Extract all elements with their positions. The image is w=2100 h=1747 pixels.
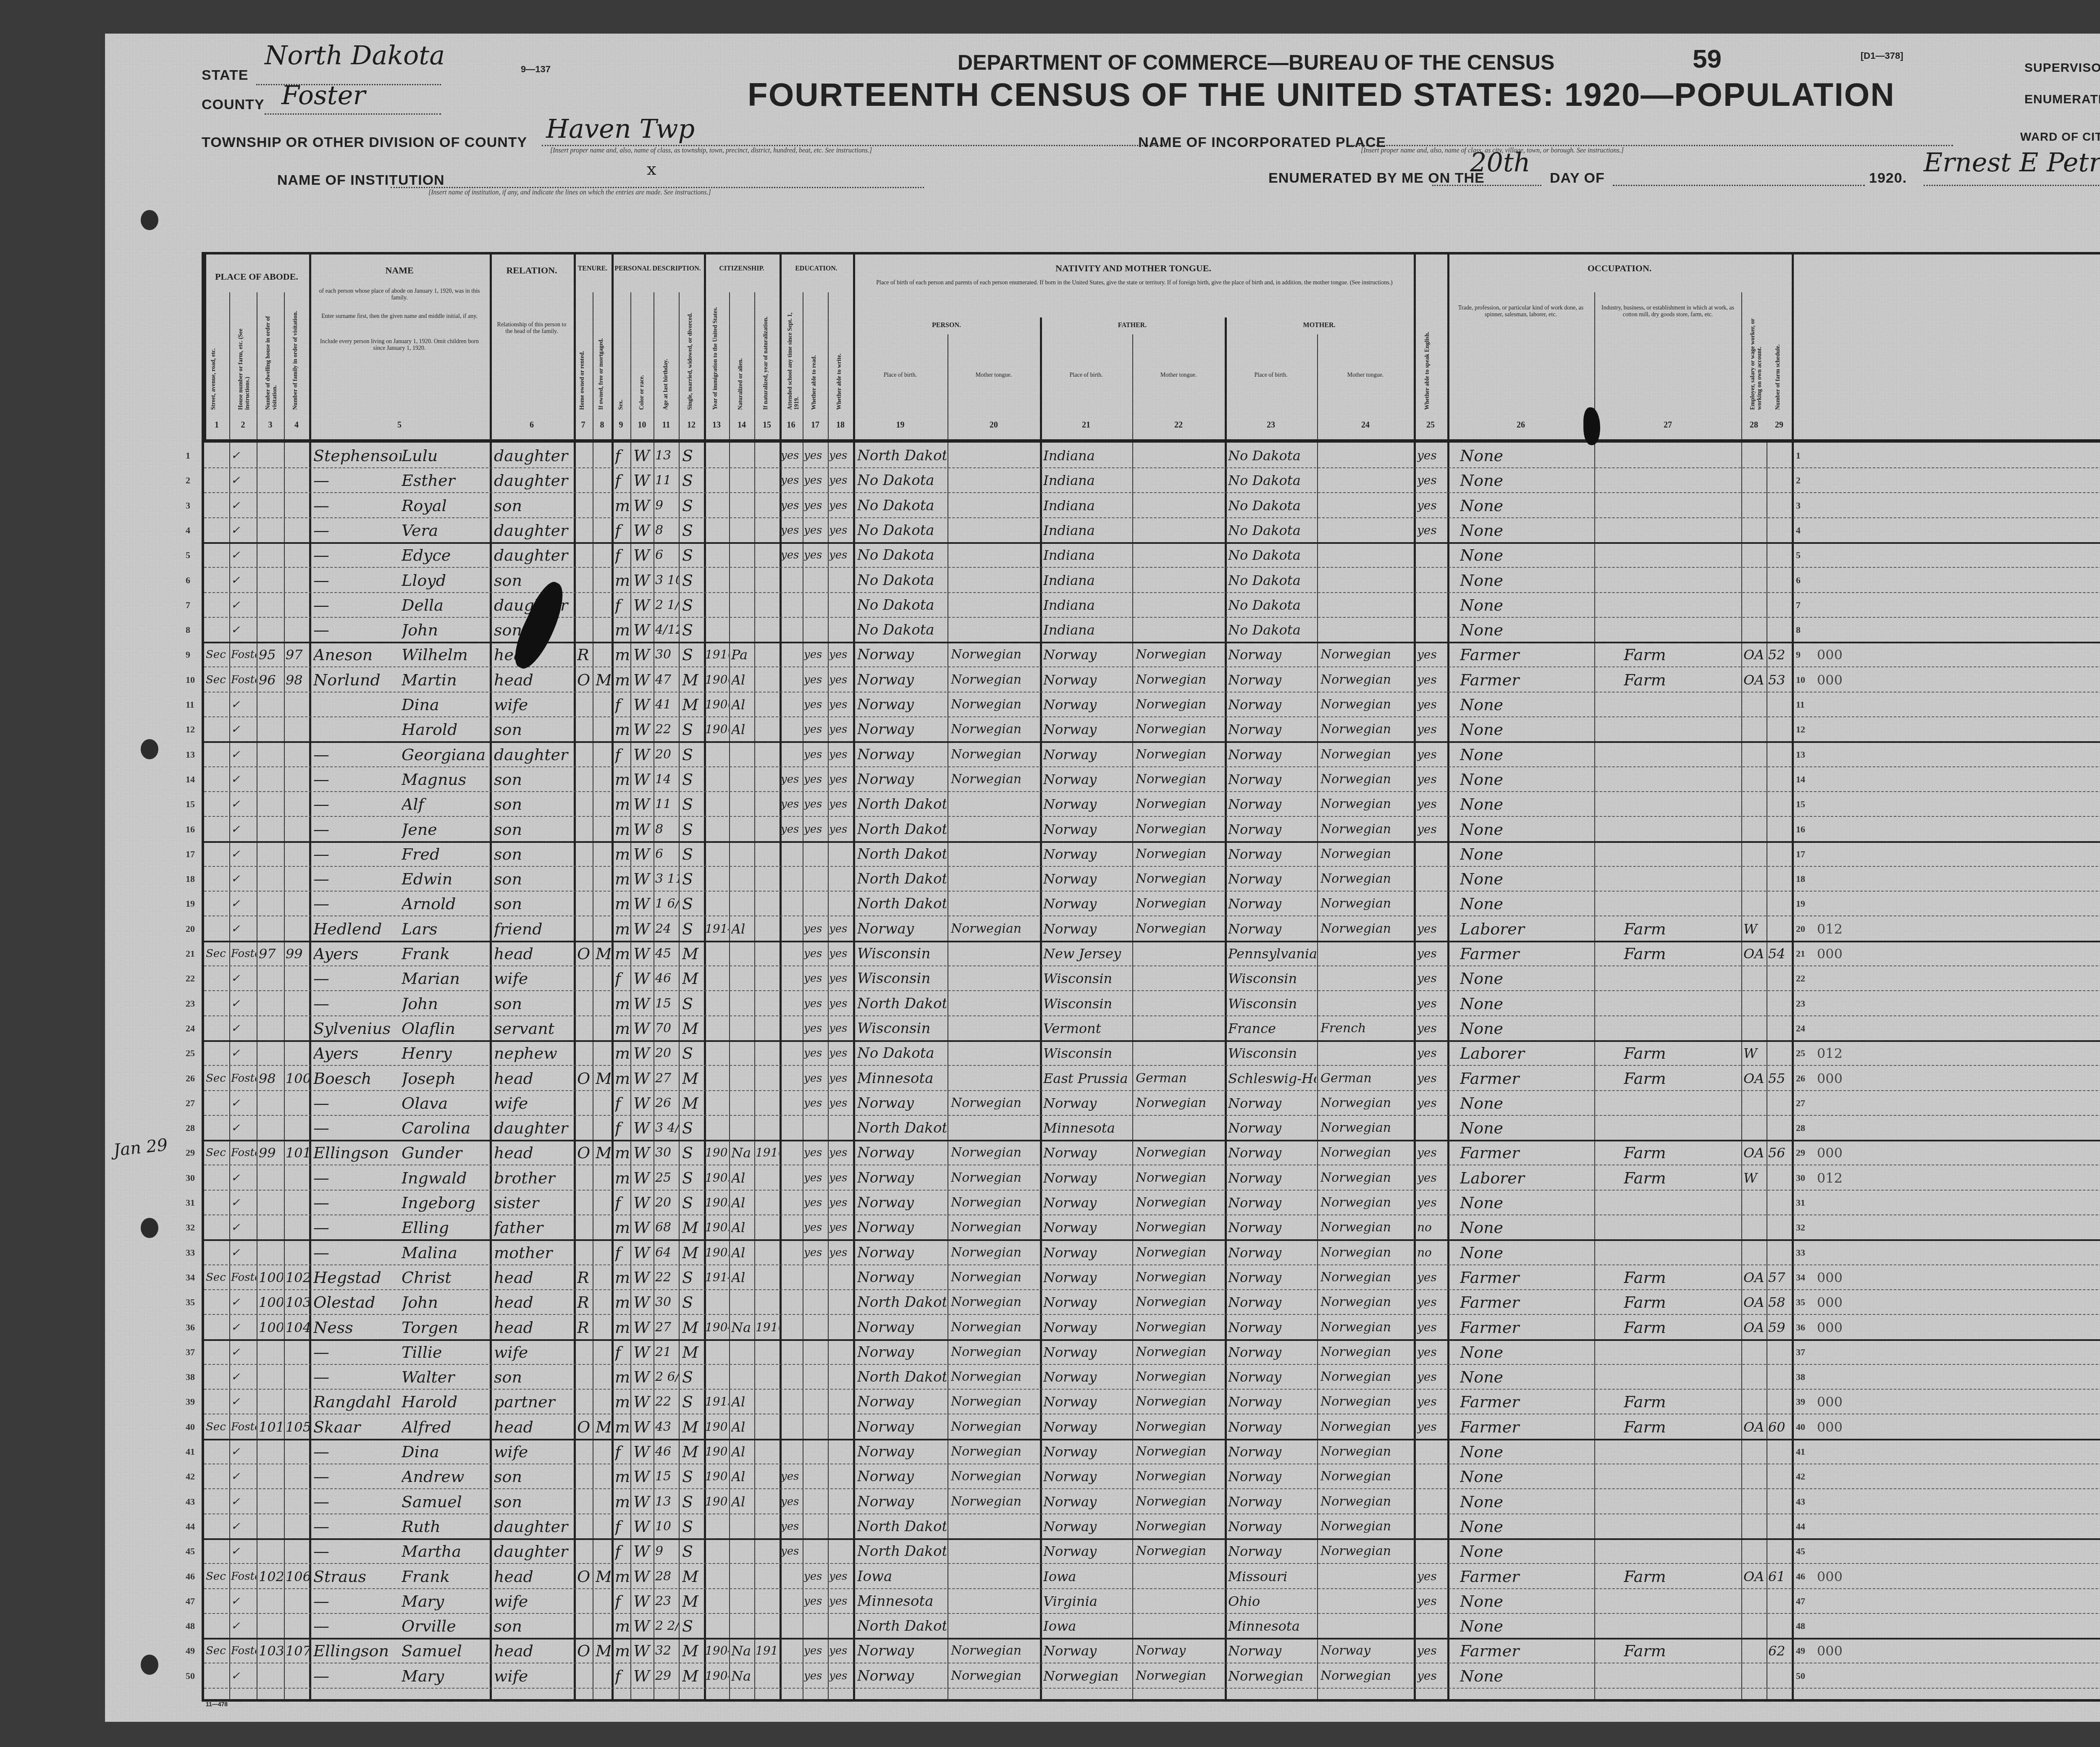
age-cell: 3 11/12 <box>655 866 679 891</box>
line-number-left: 19 <box>186 898 195 909</box>
naturalization-year-cell <box>756 1588 779 1613</box>
line-number-right: 2 <box>1796 475 1801 486</box>
line-number-right: 8 <box>1796 624 1801 635</box>
mother-mother-tongue-cell: Norwegian <box>1320 742 1413 766</box>
house-number-cell: ✓ <box>231 841 256 866</box>
surname-cell: — <box>313 1215 402 1239</box>
naturalization-year-cell <box>756 467 779 492</box>
write-cell <box>829 1339 853 1364</box>
house-number-cell: Foster <box>231 1638 256 1663</box>
street-cell <box>206 1588 229 1613</box>
margin-code <box>1817 493 1867 517</box>
relation-cell: son <box>494 1364 572 1389</box>
naturalization-year-cell <box>756 1389 779 1414</box>
line-number-right: 7 <box>1796 600 1801 611</box>
mother-mother-tongue-cell <box>1320 1588 1413 1613</box>
farm-schedule-cell <box>1768 1613 1791 1638</box>
father-birthplace-cell: Norway <box>1043 692 1131 716</box>
immigration-year-cell: 1907 <box>705 1140 729 1165</box>
house-number-cell: ✓ <box>231 866 256 891</box>
father-tongue-cell: Norwegian <box>1136 1414 1224 1439</box>
mother-mother-tongue-cell <box>1320 493 1413 517</box>
table-row: ✓ — Arnold son m W 1 6/12 S North Dakota… <box>204 891 2100 916</box>
surname-cell: — <box>313 592 402 617</box>
father-tongue-cell: Norwegian <box>1136 891 1224 915</box>
speaks-english-cell: yes <box>1417 941 1446 965</box>
birthplace-cell: No Dakota <box>857 1040 946 1065</box>
relation-cell: daughter <box>494 542 572 567</box>
industry-cell <box>1624 1489 1740 1514</box>
school-cell: yes <box>781 1464 803 1488</box>
naturalization-year-cell <box>756 742 779 766</box>
owned-rented-cell <box>577 617 592 642</box>
birthplace-cell: North Dakota <box>857 991 946 1015</box>
given-name-cell: Christ <box>402 1264 488 1289</box>
speaks-english-cell <box>1417 1514 1446 1538</box>
house-number-cell: Foster <box>231 667 256 692</box>
relation-cell: wife <box>494 1339 572 1364</box>
street-cell <box>206 1663 229 1688</box>
line-number-left: 16 <box>186 824 195 835</box>
house-number-cell: ✓ <box>231 1489 256 1514</box>
read-cell: yes <box>804 1588 827 1613</box>
line-number-right: 15 <box>1796 799 1805 810</box>
sex-cell: f <box>615 467 630 492</box>
write-cell <box>829 1464 853 1488</box>
table-row: ✓ — Esther daughter f W 11 S yes yes yes… <box>204 467 2100 493</box>
dwelling-number-cell <box>259 617 283 642</box>
line-number-right: 46 <box>1796 1571 1805 1582</box>
mother-mother-tongue-cell <box>1320 1563 1413 1588</box>
margin-code <box>1817 567 1867 592</box>
sex-cell: m <box>615 816 630 841</box>
father-birthplace-cell: Norway <box>1043 1289 1131 1314</box>
owned-rented-cell <box>577 1115 592 1140</box>
margin-code: 000 <box>1817 667 1867 692</box>
speaks-english-cell: yes <box>1417 1638 1446 1663</box>
farm-schedule-cell <box>1768 866 1791 891</box>
form-code: [D1—378] <box>1861 50 1903 61</box>
read-cell: yes <box>804 1663 827 1688</box>
occupation-cell: None <box>1460 1489 1593 1514</box>
margin-code: 000 <box>1817 1264 1867 1289</box>
father-tongue-cell <box>1136 991 1224 1015</box>
immigration-year-cell <box>705 766 729 791</box>
surname-cell: — <box>313 891 402 915</box>
mortgaged-cell <box>596 916 611 941</box>
naturalization-year-cell <box>756 1663 779 1688</box>
given-name-cell: Ingwald <box>402 1165 488 1190</box>
mother-mother-tongue-cell <box>1320 517 1413 542</box>
read-cell <box>804 1414 827 1439</box>
farm-schedule-cell <box>1768 1115 1791 1140</box>
race-cell: W <box>633 617 653 642</box>
owned-rented-cell: R <box>577 1289 592 1314</box>
table-row: Sec Foster 101 105 Skaar Alfred head O M… <box>204 1414 2100 1440</box>
race-cell: W <box>633 642 653 666</box>
naturalized-cell <box>731 467 754 492</box>
table-row: ✓ Rangdahl Harold partner m W 22 S 1913 … <box>204 1389 2100 1414</box>
father-tongue-cell <box>1136 1015 1224 1040</box>
street-cell <box>206 816 229 841</box>
race-cell: W <box>633 991 653 1015</box>
relation-cell: son <box>494 816 572 841</box>
occupation-cell: None <box>1460 1588 1593 1613</box>
father-tongue-cell <box>1136 467 1224 492</box>
street-cell <box>206 1613 229 1638</box>
sex-cell: f <box>615 1190 630 1215</box>
line-number-right: 11 <box>1796 699 1805 710</box>
mortgaged-cell <box>596 1439 611 1464</box>
naturalized-cell <box>731 443 754 467</box>
census-sheet: STATE North Dakota COUNTY Foster 9—137 D… <box>105 34 2100 1722</box>
farm-schedule-cell <box>1768 467 1791 492</box>
birthplace-cell: Norway <box>857 1339 946 1364</box>
write-cell: yes <box>829 1090 853 1115</box>
margin-code <box>1817 1215 1867 1239</box>
mother-tongue-cell <box>951 1538 1039 1563</box>
write-cell <box>829 1514 853 1538</box>
surname-cell: — <box>313 1489 402 1514</box>
family-number-cell: 107 <box>286 1638 309 1663</box>
mother-mother-tongue-cell: Norwegian <box>1320 1215 1413 1239</box>
dwelling-number-cell <box>259 1389 283 1414</box>
street-cell <box>206 1464 229 1488</box>
given-name-cell: Joseph <box>402 1065 488 1090</box>
street-cell <box>206 493 229 517</box>
given-name-cell: Alfred <box>402 1414 488 1439</box>
surname-cell: — <box>313 1240 402 1264</box>
family-number-cell <box>286 443 309 467</box>
naturalized-cell <box>731 1514 754 1538</box>
table-row: ✓ — Malina mother f W 64 M 1909 Al yes y… <box>204 1240 2100 1265</box>
margin-code <box>1817 1339 1867 1364</box>
father-birthplace-cell: Norway <box>1043 1165 1131 1190</box>
farm-schedule-cell: 60 <box>1768 1414 1791 1439</box>
farm-schedule-cell <box>1768 916 1791 941</box>
dwelling-number-cell <box>259 467 283 492</box>
owned-rented-cell <box>577 791 592 816</box>
occupation-cell: None <box>1460 1190 1593 1215</box>
school-cell <box>781 1289 803 1314</box>
occupation-cell: None <box>1460 1364 1593 1389</box>
marital-cell: S <box>682 1264 703 1289</box>
family-number-cell <box>286 891 309 915</box>
group-name: NAME <box>309 265 490 276</box>
naturalized-cell: Al <box>731 1215 754 1239</box>
line-number-right: 35 <box>1796 1297 1805 1308</box>
dwelling-number-cell <box>259 1215 283 1239</box>
mother-tongue-cell: Norwegian <box>951 1439 1039 1464</box>
family-number-cell <box>286 1190 309 1215</box>
surname-cell: Ellingson <box>313 1140 402 1165</box>
street-cell: Sec <box>206 1414 229 1439</box>
farm-schedule-cell <box>1768 1190 1791 1215</box>
dwelling-number-cell: 101 <box>259 1414 283 1439</box>
line-number-left: 7 <box>186 600 190 611</box>
mortgaged-cell <box>596 1389 611 1414</box>
occupation-cell: Farmer <box>1460 1563 1593 1588</box>
father-tongue-cell: Norwegian <box>1136 1464 1224 1488</box>
line-number-left: 38 <box>186 1372 195 1382</box>
age-cell: 23 <box>655 1588 679 1613</box>
write-cell: yes <box>829 1015 853 1040</box>
mortgaged-cell <box>596 716 611 741</box>
father-tongue-cell: Norwegian <box>1136 1489 1224 1514</box>
naturalized-cell: Al <box>731 716 754 741</box>
employer-class-cell <box>1743 1663 1766 1688</box>
marital-cell: S <box>682 916 703 941</box>
line-number-left: 11 <box>186 699 194 710</box>
write-cell <box>829 1613 853 1638</box>
mortgaged-cell <box>596 816 611 841</box>
dwelling-number-cell <box>259 1364 283 1389</box>
surname-cell: Hegstad <box>313 1264 402 1289</box>
age-cell: 1 6/12 <box>655 891 679 915</box>
mother-tongue-cell <box>951 941 1039 965</box>
birthplace-cell: Norway <box>857 1389 946 1414</box>
house-number-cell: ✓ <box>231 742 256 766</box>
surname-cell: — <box>313 766 402 791</box>
farm-schedule-cell: 62 <box>1768 1638 1791 1663</box>
owned-rented-cell <box>577 766 592 791</box>
margin-code <box>1817 1115 1867 1140</box>
sex-cell: f <box>615 592 630 617</box>
surname-cell: Straus <box>313 1563 402 1588</box>
naturalized-cell <box>731 517 754 542</box>
line-number-right: 16 <box>1796 824 1805 835</box>
surname-cell: — <box>313 493 402 517</box>
marital-cell: M <box>682 1339 703 1364</box>
mother-tongue-cell: Norwegian <box>951 1364 1039 1389</box>
naturalization-year-cell <box>756 1414 779 1439</box>
employer-class-cell <box>1743 1364 1766 1389</box>
naturalized-cell: Al <box>731 1240 754 1264</box>
industry-cell <box>1624 791 1740 816</box>
school-cell <box>781 642 803 666</box>
marital-cell: S <box>682 467 703 492</box>
marital-cell: S <box>682 1514 703 1538</box>
house-number-cell: ✓ <box>231 542 256 567</box>
employer-class-cell <box>1743 991 1766 1015</box>
relation-cell: wife <box>494 965 572 990</box>
school-cell <box>781 1563 803 1588</box>
family-number-cell <box>286 567 309 592</box>
race-cell: W <box>633 667 653 692</box>
family-number-cell <box>286 1538 309 1563</box>
marital-cell: S <box>682 443 703 467</box>
street-cell <box>206 1364 229 1389</box>
school-cell <box>781 1240 803 1264</box>
dwelling-number-cell: 99 <box>259 1140 283 1165</box>
industry-cell <box>1624 1190 1740 1215</box>
marital-cell: S <box>682 791 703 816</box>
naturalization-year-cell <box>756 1538 779 1563</box>
owned-rented-cell: O <box>577 1563 592 1588</box>
table-row: Sec Foster 95 97 Aneson Wilhelm head R m… <box>204 642 2100 667</box>
house-number-cell: ✓ <box>231 791 256 816</box>
immigration-year-cell <box>705 941 729 965</box>
race-cell: W <box>633 891 653 915</box>
naturalization-year-cell <box>756 567 779 592</box>
line-number-left: 43 <box>186 1496 195 1507</box>
table-row: ✓ — Orville son m W 2 2/12 S North Dakot… <box>204 1613 2100 1639</box>
farm-schedule-cell <box>1768 1015 1791 1040</box>
line-number-left: 9 <box>186 649 190 660</box>
street-cell <box>206 1190 229 1215</box>
house-number-cell: ✓ <box>231 1240 256 1264</box>
mother-birthplace-cell: No Dakota <box>1228 517 1316 542</box>
table-row: ✓ — Olava wife f W 26 M yes yes Norway N… <box>204 1090 2100 1116</box>
line-number-left: 45 <box>186 1546 195 1557</box>
marital-cell: S <box>682 1538 703 1563</box>
marital-cell: M <box>682 1215 703 1239</box>
employer-class-cell: OA <box>1743 642 1766 666</box>
naturalization-year-cell <box>756 916 779 941</box>
age-cell: 3 4/12 <box>655 1115 679 1140</box>
surname-cell: Aneson <box>313 642 402 666</box>
birthplace-cell: Norway <box>857 1240 946 1264</box>
naturalization-year-cell <box>756 667 779 692</box>
given-name-cell: Harold <box>402 716 488 741</box>
immigration-year-cell <box>705 1339 729 1364</box>
race-cell: W <box>633 716 653 741</box>
mother-mother-tongue-cell: Norwegian <box>1320 1489 1413 1514</box>
given-name-cell: Walter <box>402 1364 488 1389</box>
surname-cell: — <box>313 1339 402 1364</box>
mortgaged-cell <box>596 1489 611 1514</box>
dwelling-number-cell <box>259 816 283 841</box>
owned-rented-cell <box>577 467 592 492</box>
incorporated-label: NAME OF INCORPORATED PLACE <box>1138 134 1386 151</box>
mortgaged-cell <box>596 1090 611 1115</box>
age-cell: 22 <box>655 1264 679 1289</box>
age-cell: 41 <box>655 692 679 716</box>
write-cell <box>829 1264 853 1289</box>
father-birthplace-cell: Norway <box>1043 1464 1131 1488</box>
dwelling-number-cell <box>259 1439 283 1464</box>
mother-mother-tongue-cell <box>1320 592 1413 617</box>
occupation-cell: None <box>1460 1115 1593 1140</box>
school-cell <box>781 1638 803 1663</box>
sex-cell: m <box>615 1040 630 1065</box>
occupation-cell: Laborer <box>1460 1040 1593 1065</box>
mortgaged-cell <box>596 1264 611 1289</box>
naturalized-cell <box>731 742 754 766</box>
dwelling-number-cell: 100 <box>259 1314 283 1339</box>
line-number-right: 21 <box>1796 948 1805 959</box>
race-cell: W <box>633 916 653 941</box>
relation-cell: head <box>494 1065 572 1090</box>
immigration-year-cell: 1904 <box>705 1314 729 1339</box>
given-name-cell: Arnold <box>402 891 488 915</box>
margin-code <box>1817 1015 1867 1040</box>
form-number: 9—137 <box>521 64 551 75</box>
father-birthplace-cell: Norway <box>1043 742 1131 766</box>
owned-rented-cell <box>577 1339 592 1364</box>
write-cell <box>829 617 853 642</box>
given-name-cell: Harold <box>402 1389 488 1414</box>
employer-class-cell <box>1743 1339 1766 1364</box>
table-row: ✓ — Carolina daughter f W 3 4/12 S North… <box>204 1115 2100 1141</box>
employer-class-cell <box>1743 1538 1766 1563</box>
industry-cell: Farm <box>1624 1638 1740 1663</box>
table-row: ✓ Dina wife f W 41 M 1906 Al yes yes Nor… <box>204 692 2100 717</box>
mother-tongue-cell <box>951 617 1039 642</box>
mother-tongue-cell <box>951 567 1039 592</box>
surname-cell: — <box>313 1439 402 1464</box>
naturalized-cell: Al <box>731 916 754 941</box>
speaks-english-cell: yes <box>1417 1389 1446 1414</box>
age-cell: 30 <box>655 1289 679 1314</box>
given-name-cell: Jene <box>402 816 488 841</box>
township-value: Haven Twp <box>546 113 695 144</box>
school-cell <box>781 1190 803 1215</box>
race-cell: W <box>633 1115 653 1140</box>
street-cell <box>206 1240 229 1264</box>
farm-schedule-cell <box>1768 1090 1791 1115</box>
owned-rented-cell <box>577 1190 592 1215</box>
race-cell: W <box>633 1314 653 1339</box>
age-cell: 68 <box>655 1215 679 1239</box>
given-name-cell: John <box>402 617 488 642</box>
mother-birthplace-cell: Norway <box>1228 841 1316 866</box>
father-tongue-cell <box>1136 592 1224 617</box>
sex-cell: m <box>615 1314 630 1339</box>
immigration-year-cell: 1914 <box>705 1264 729 1289</box>
margin-code <box>1817 965 1867 990</box>
mother-birthplace-cell: No Dakota <box>1228 493 1316 517</box>
read-cell: yes <box>804 1140 827 1165</box>
street-cell <box>206 1040 229 1065</box>
mother-tongue-cell <box>951 1514 1039 1538</box>
mother-birthplace-cell: Norway <box>1228 692 1316 716</box>
immigration-year-cell <box>705 965 729 990</box>
race-cell: W <box>633 1190 653 1215</box>
given-name-cell: Marian <box>402 965 488 990</box>
line-number-right: 39 <box>1796 1396 1805 1407</box>
mortgaged-cell <box>596 991 611 1015</box>
speaks-english-cell: yes <box>1417 493 1446 517</box>
mother-mother-tongue-cell: Norwegian <box>1320 1538 1413 1563</box>
employer-class-cell <box>1743 1638 1766 1663</box>
dwelling-number-cell <box>259 1240 283 1264</box>
employer-class-cell <box>1743 866 1766 891</box>
write-cell: yes <box>829 1065 853 1090</box>
read-cell: yes <box>804 642 827 666</box>
farm-schedule-cell <box>1768 716 1791 741</box>
street-cell: Sec <box>206 667 229 692</box>
industry-cell <box>1624 467 1740 492</box>
race-cell: W <box>633 592 653 617</box>
age-cell: 26 <box>655 1090 679 1115</box>
naturalized-cell: Al <box>731 1389 754 1414</box>
industry-cell <box>1624 1115 1740 1140</box>
father-tongue-cell: Norway <box>1136 1638 1224 1663</box>
birthplace-cell: Norway <box>857 1314 946 1339</box>
occupation-cell: Farmer <box>1460 1289 1593 1314</box>
marital-cell: S <box>682 716 703 741</box>
line-number-left: 37 <box>186 1347 195 1358</box>
surname-cell: — <box>313 816 402 841</box>
naturalization-year-cell <box>756 1289 779 1314</box>
marital-cell: M <box>682 1015 703 1040</box>
speaks-english-cell: yes <box>1417 667 1446 692</box>
farm-schedule-cell <box>1768 1538 1791 1563</box>
occupation-cell: None <box>1460 617 1593 642</box>
naturalized-cell <box>731 1090 754 1115</box>
surname-cell: — <box>313 1115 402 1140</box>
